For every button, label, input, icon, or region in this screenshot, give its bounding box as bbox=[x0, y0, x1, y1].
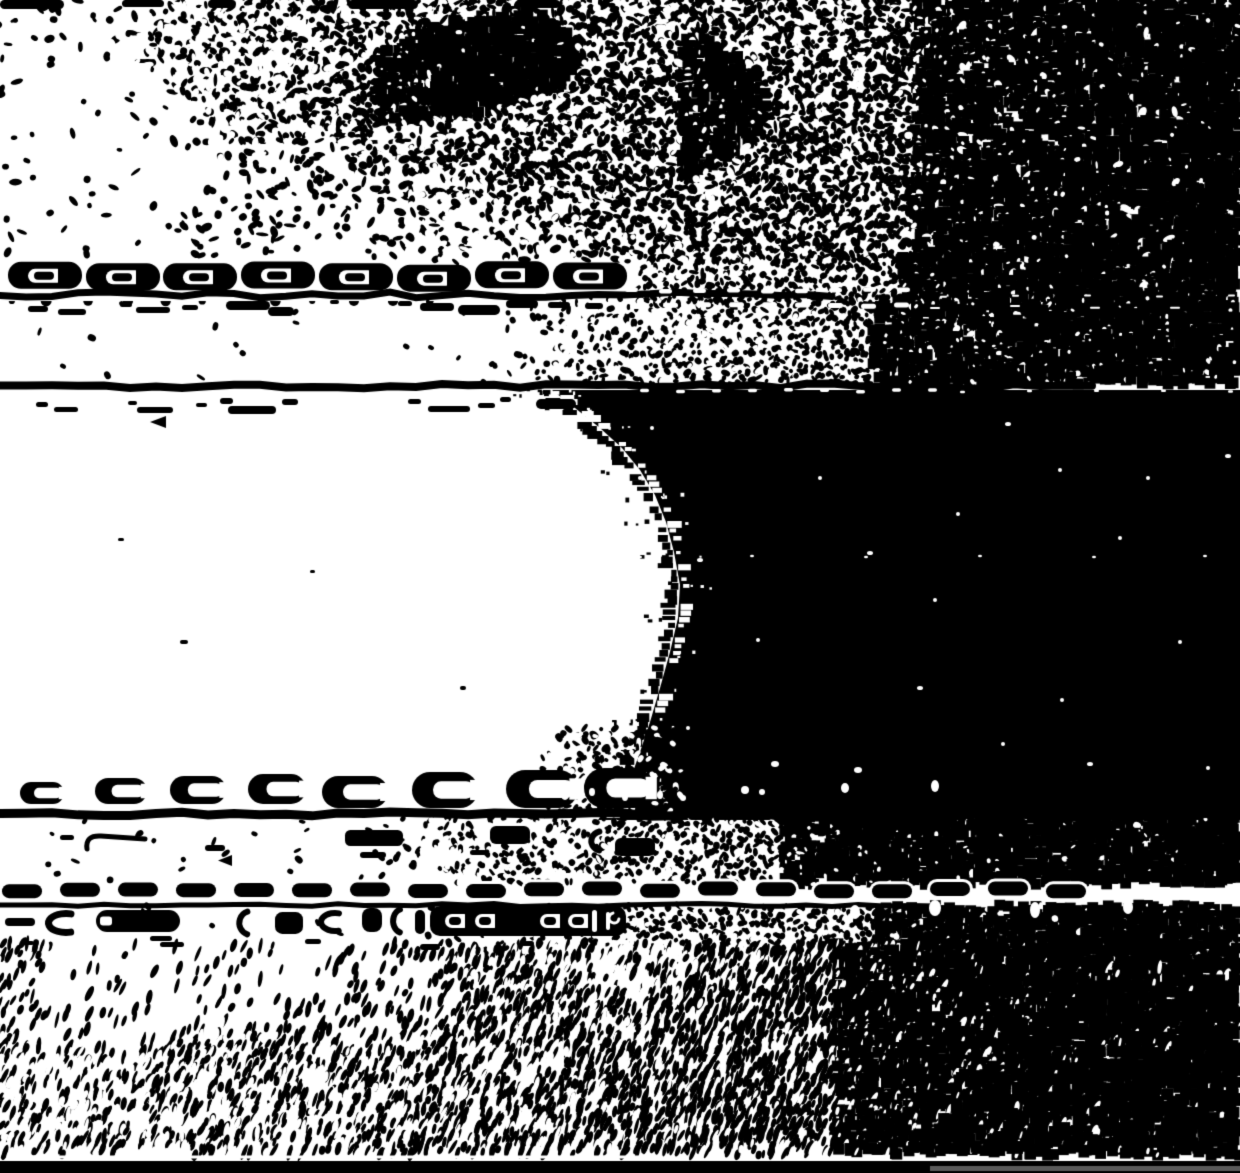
scanned-photo-frame bbox=[0, 0, 1240, 1173]
binarized-aerial-photo-canvas bbox=[0, 0, 1240, 1173]
